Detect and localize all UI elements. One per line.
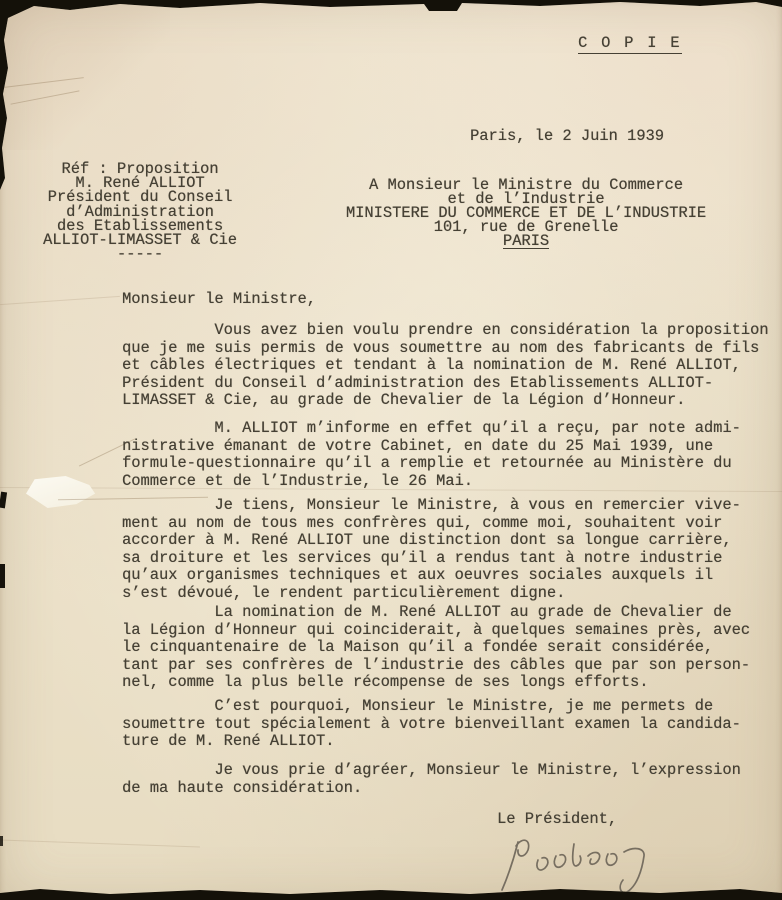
- reference-block: Réf : Proposition M. René ALLIOT Préside…: [40, 162, 240, 261]
- letter-paragraph: Vous avez bien voulu prendre en considér…: [122, 322, 769, 410]
- paper-tear-patch: [26, 476, 98, 508]
- handwritten-signature-icon: [490, 828, 700, 900]
- addressee-lines: A Monsieur le Ministre du Commerce et de…: [346, 176, 706, 236]
- edge-notch: [0, 564, 5, 588]
- letter-paragraph: M. ALLIOT m’informe en effet qu’il a reç…: [122, 420, 741, 490]
- copy-stamp: C O P I E: [578, 34, 682, 54]
- letter-paragraph: Je vous prie d’agréer, Monsieur le Minis…: [122, 762, 741, 797]
- letter-paragraph: La nomination de M. René ALLIOT au grade…: [122, 604, 750, 692]
- crease-line: [0, 840, 200, 848]
- edge-notch: [0, 836, 3, 846]
- date-line: Paris, le 2 Juin 1939: [470, 127, 664, 145]
- paper-sheet: C O P I E Paris, le 2 Juin 1939 Réf : Pr…: [0, 0, 782, 900]
- edge-notch: [0, 492, 7, 509]
- letter-paragraph: C’est pourquoi, Monsieur le Ministre, je…: [122, 698, 741, 751]
- crease-line: [0, 296, 120, 305]
- addressee-city: PARIS: [503, 234, 549, 249]
- closing-line: Le Président,: [497, 810, 617, 828]
- corner-fold-shading: [0, 0, 170, 150]
- letter-paragraph: Je tiens, Monsieur le Ministre, à vous e…: [122, 497, 741, 602]
- salutation: Monsieur le Ministre,: [122, 290, 316, 308]
- addressee-block: A Monsieur le Ministre du Commerce et de…: [343, 178, 709, 249]
